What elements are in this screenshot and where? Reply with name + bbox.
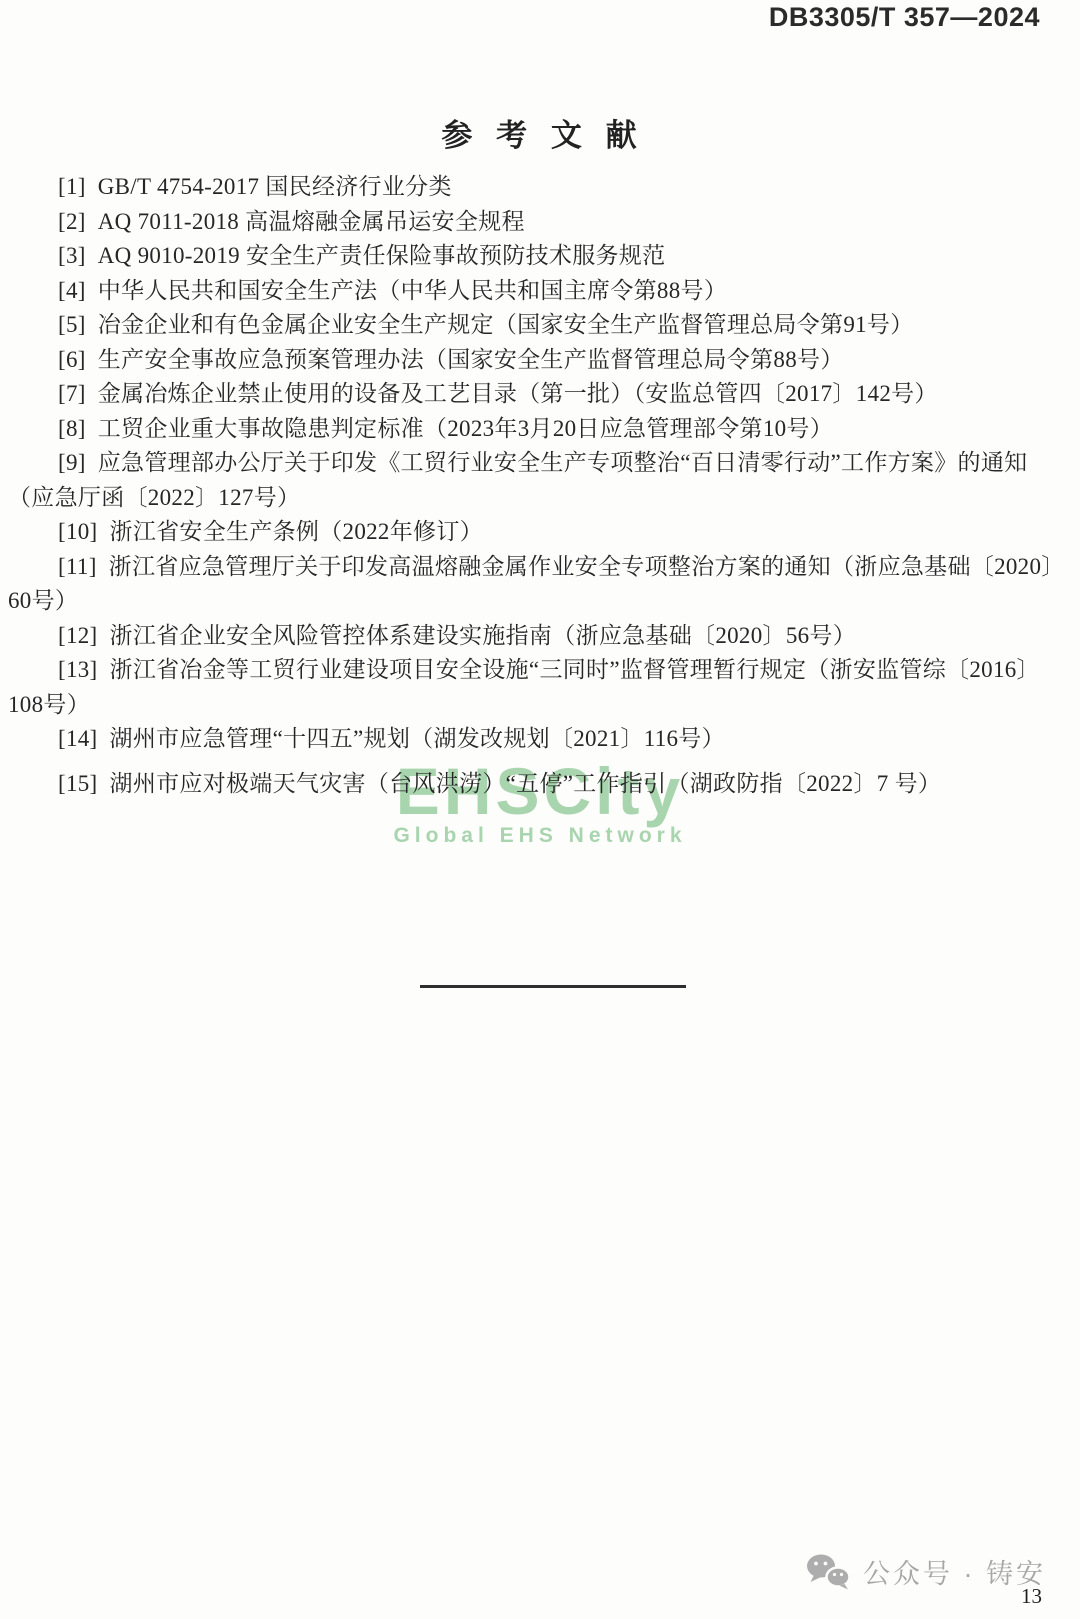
- reference-item: [12]浙江省企业安全风险管控体系建设实施指南（浙应急基础〔2020〕56号）: [8, 619, 1062, 654]
- reference-label: [10]: [58, 519, 98, 544]
- reference-item: [6]生产安全事故应急预案管理办法（国家安全生产监督管理总局令第88号）: [8, 343, 1062, 378]
- reference-label: [2]: [58, 209, 86, 234]
- reference-label: [3]: [58, 243, 86, 268]
- reference-label: [12]: [58, 623, 98, 648]
- references-list: [1]GB/T 4754-2017 国民经济行业分类 [2]AQ 7011-20…: [8, 170, 1062, 801]
- reference-label: [15]: [58, 771, 98, 796]
- reference-label: [1]: [58, 174, 86, 199]
- reference-label: [9]: [58, 450, 86, 475]
- reference-item: [11]浙江省应急管理厅关于印发高温熔融金属作业安全专项整治方案的通知（浙应急基…: [8, 550, 1062, 619]
- reference-text: 中华人民共和国安全生产法（中华人民共和国主席令第88号）: [98, 278, 727, 303]
- wechat-icon: [805, 1553, 851, 1590]
- reference-item: [2]AQ 7011-2018 高温熔融金属吊运安全规程: [8, 205, 1062, 240]
- reference-text: 生产安全事故应急预案管理办法（国家安全生产监督管理总局令第88号）: [98, 347, 844, 372]
- reference-text: 浙江省冶金等工贸行业建设项目安全设施“三同时”监督管理暂行规定（浙安监管综〔20…: [8, 657, 1040, 717]
- reference-item: [5]冶金企业和有色金属企业安全生产规定（国家安全生产监督管理总局令第91号）: [8, 308, 1062, 343]
- reference-text: AQ 9010-2019 安全生产责任保险事故预防技术服务规范: [98, 243, 666, 268]
- reference-text: 湖州市应急管理“十四五”规划（湖发改规划〔2021〕116号）: [110, 726, 725, 751]
- reference-label: [5]: [58, 312, 86, 337]
- doc-number: DB3305/T 357—2024: [769, 2, 1040, 33]
- reference-text: 冶金企业和有色金属企业安全生产规定（国家安全生产监督管理总局令第91号）: [98, 312, 914, 337]
- reference-text: AQ 7011-2018 高温熔融金属吊运安全规程: [98, 209, 525, 234]
- wechat-account-label: 公众号 · 铸安: [863, 1552, 1046, 1591]
- reference-item: [8]工贸企业重大事故隐患判定标准（2023年3月20日应急管理部令第10号）: [8, 412, 1062, 447]
- watermark-subtitle: Global EHS Network: [0, 824, 1080, 848]
- reference-label: [8]: [58, 416, 86, 441]
- end-of-document-rule: [420, 985, 686, 988]
- reference-text: 工贸企业重大事故隐患判定标准（2023年3月20日应急管理部令第10号）: [98, 416, 833, 441]
- reference-item: [9]应急管理部办公厅关于印发《工贸行业安全生产专项整治“百日清零行动”工作方案…: [8, 446, 1062, 515]
- reference-text: 湖州市应对极端天气灾害（台风洪涝）“五停”工作指引（湖政防指〔2022〕7 号）: [110, 771, 942, 796]
- reference-text: 应急管理部办公厅关于印发《工贸行业安全生产专项整治“百日清零行动”工作方案》的通…: [8, 450, 1027, 510]
- reference-label: [11]: [58, 554, 97, 579]
- reference-item: [4]中华人民共和国安全生产法（中华人民共和国主席令第88号）: [8, 274, 1062, 309]
- reference-text: GB/T 4754-2017 国民经济行业分类: [98, 174, 452, 199]
- reference-item: [15]湖州市应对极端天气灾害（台风洪涝）“五停”工作指引（湖政防指〔2022〕…: [8, 767, 1062, 802]
- reference-item: [13]浙江省冶金等工贸行业建设项目安全设施“三同时”监督管理暂行规定（浙安监管…: [8, 653, 1062, 722]
- reference-item: [3]AQ 9010-2019 安全生产责任保险事故预防技术服务规范: [8, 239, 1062, 274]
- reference-text: 金属冶炼企业禁止使用的设备及工艺目录（第一批）（安监总管四〔2017〕142号）: [98, 381, 938, 406]
- reference-label: [14]: [58, 726, 98, 751]
- reference-label: [7]: [58, 381, 86, 406]
- reference-label: [4]: [58, 278, 86, 303]
- reference-item: [1]GB/T 4754-2017 国民经济行业分类: [8, 170, 1062, 205]
- footer: 公众号 · 铸安: [805, 1552, 1046, 1591]
- reference-text: 浙江省企业安全风险管控体系建设实施指南（浙应急基础〔2020〕56号）: [110, 623, 857, 648]
- document-page: DB3305/T 357—2024 参 考 文 献 [1]GB/T 4754-2…: [0, 0, 1080, 1619]
- reference-label: [6]: [58, 347, 86, 372]
- reference-item: [14]湖州市应急管理“十四五”规划（湖发改规划〔2021〕116号）: [8, 722, 1062, 757]
- page-title: 参 考 文 献: [0, 110, 1080, 155]
- reference-item: [7]金属冶炼企业禁止使用的设备及工艺目录（第一批）（安监总管四〔2017〕14…: [8, 377, 1062, 412]
- reference-text: 浙江省安全生产条例（2022年修订）: [110, 519, 483, 544]
- reference-label: [13]: [58, 657, 98, 682]
- reference-text: 浙江省应急管理厅关于印发高温熔融金属作业安全专项整治方案的通知（浙应急基础〔20…: [8, 554, 1053, 614]
- reference-item: [10]浙江省安全生产条例（2022年修订）: [8, 515, 1062, 550]
